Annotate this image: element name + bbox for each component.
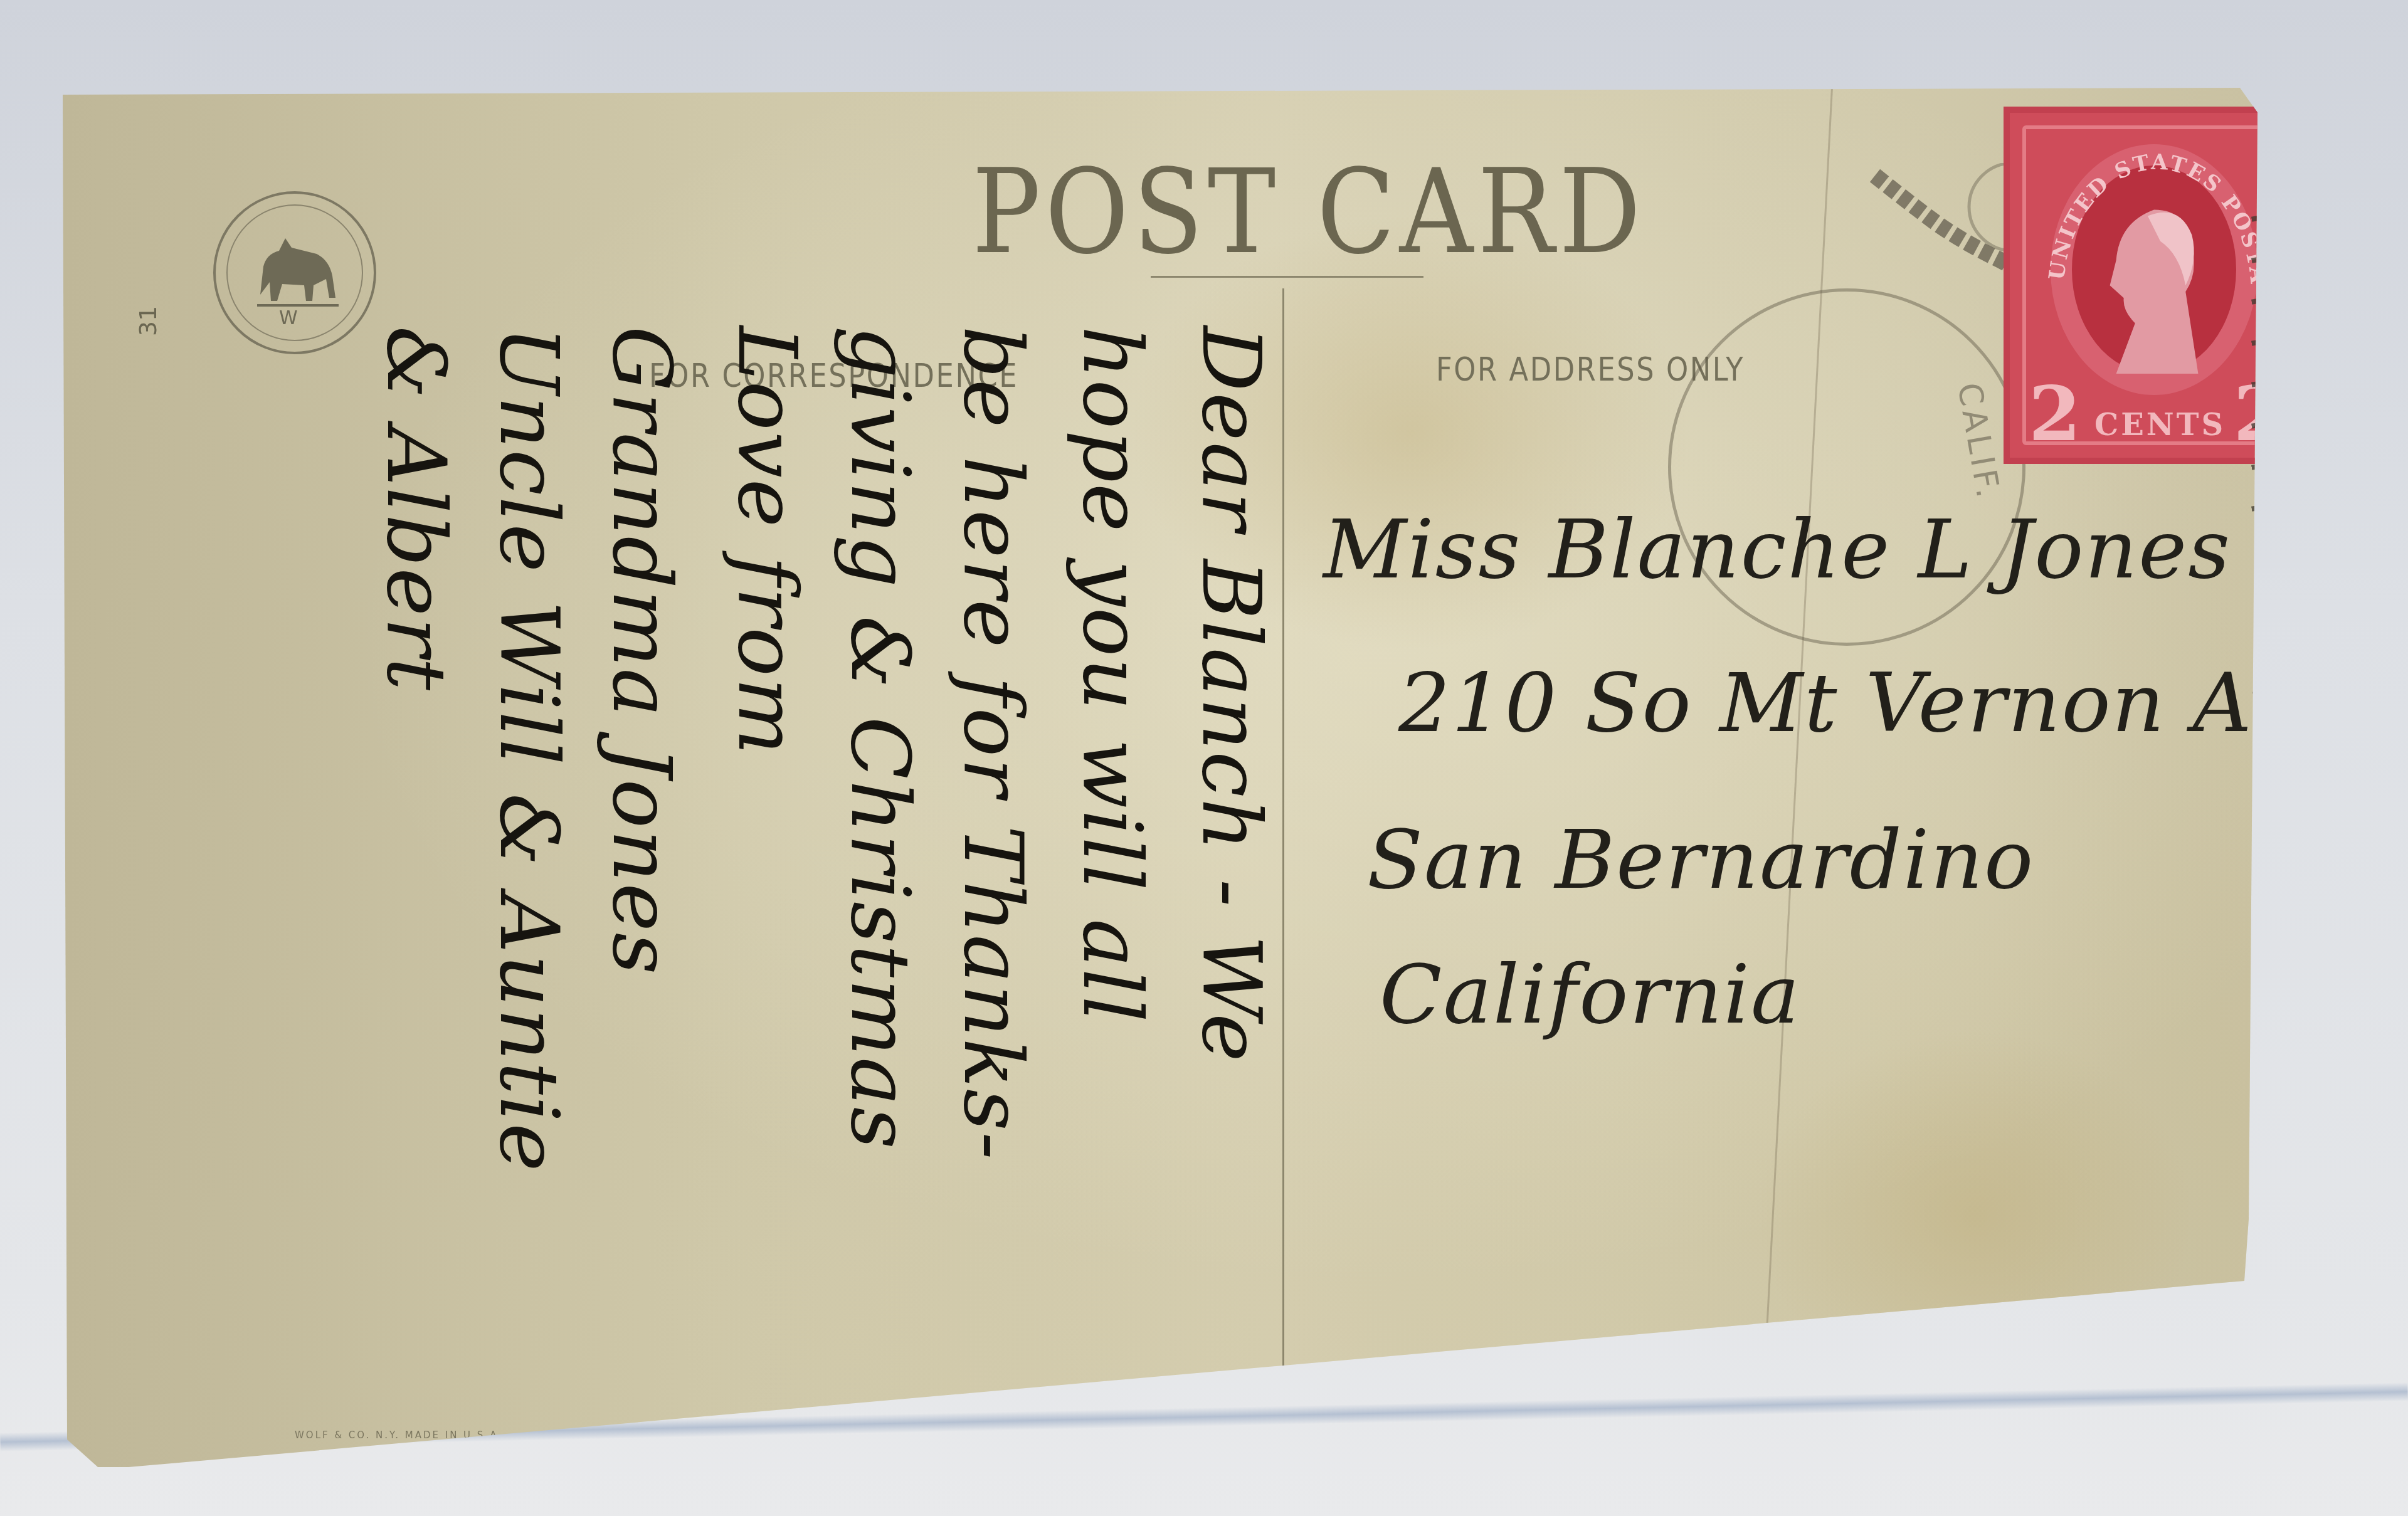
message-line: Dear Blanch - We bbox=[1184, 326, 1279, 1063]
center-divider bbox=[1282, 288, 1284, 1404]
correspondence-message: Dear Blanch - We hope you will all be he… bbox=[251, 326, 1254, 1423]
cancellation-bars bbox=[2245, 176, 2320, 527]
message-line: Uncle Will & Auntie bbox=[482, 326, 577, 1172]
message-line: & Albert bbox=[369, 326, 464, 692]
card-number: 31 bbox=[134, 306, 162, 336]
stamp-denomination-left: 2 bbox=[2029, 370, 2081, 458]
address-line-street: 210 So Mt Vernon Ave bbox=[1398, 655, 2347, 750]
postcard: W 31 POST CARD FOR CORRESPONDENCE FOR AD… bbox=[63, 88, 2257, 1467]
postmark-text: CALIF. bbox=[1950, 380, 2007, 504]
message-line: hope you will all bbox=[1065, 326, 1160, 1023]
message-line: Grandma Jones bbox=[594, 326, 690, 976]
title-rule bbox=[1151, 276, 1423, 278]
message-line: be here for Thanks- bbox=[946, 326, 1041, 1161]
paper-stain bbox=[1756, 1028, 2195, 1404]
address-line-city: San Bernardino bbox=[1367, 812, 2034, 907]
postcard-title: POST CARD bbox=[972, 144, 1645, 280]
svg-text:UNITED STATES POSTAGE: UNITED STATES POSTAGE bbox=[2004, 107, 2271, 287]
photo-scene: W 31 POST CARD FOR CORRESPONDENCE FOR AD… bbox=[0, 0, 2408, 1516]
address-line-name: Miss Blanche L Jones bbox=[1323, 502, 2231, 597]
stamp-unit: CENTS bbox=[2094, 408, 2226, 443]
message-line: giving & Christmas bbox=[833, 326, 928, 1150]
message-line: Love from bbox=[720, 326, 815, 756]
address-line-state: California bbox=[1380, 947, 1800, 1042]
stamp-denomination-right: 2 bbox=[2234, 370, 2286, 458]
postage-stamp: UNITED STATES POSTAGE 2 2 CENTS bbox=[2004, 107, 2311, 464]
